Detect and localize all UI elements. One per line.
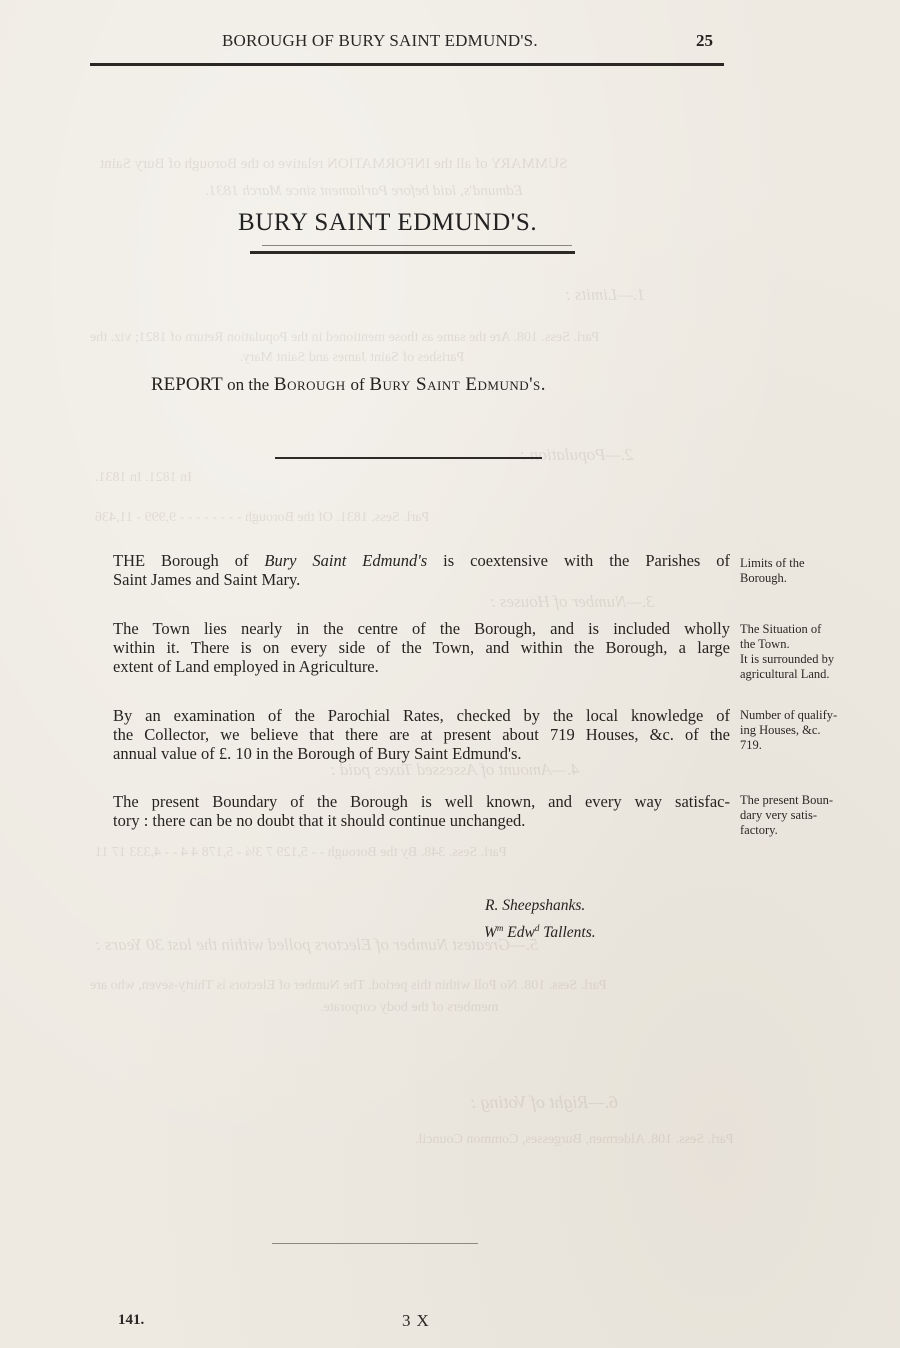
report-heading: REPORT on the Borough of Bury Saint Edmu…	[151, 374, 546, 396]
signature-tallents: Wm Edwd Tallents.	[484, 923, 596, 942]
show-through-line: Parl. Sess. 108. No Poll within this per…	[90, 978, 607, 994]
footer-rule	[272, 1243, 478, 1244]
paragraph-line: THE Borough of Bury Saint Edmund's is co…	[113, 551, 730, 570]
show-through-line: 5.—Greatest Number of Electors polled wi…	[95, 935, 538, 955]
paragraph-boundary: The present Boundary of the Borough is w…	[113, 792, 730, 830]
section-rule	[275, 457, 542, 459]
margin-note-boundary: The present Boun- dary very satis- facto…	[740, 793, 870, 838]
paragraph-line: tory : there can be no doubt that it sho…	[113, 811, 730, 830]
margin-note-situation: The Situation of the Town. It is surroun…	[740, 622, 870, 682]
paragraph-line: within it. There is on every side of the…	[113, 638, 730, 657]
signature-sheepshanks: R. Sheepshanks.	[485, 897, 585, 915]
paragraph-limits: THE Borough of Bury Saint Edmund's is co…	[113, 551, 730, 589]
show-through-line: 4.—Amount of Assessed Taxes paid :	[330, 760, 579, 780]
title-rule-thin	[262, 245, 572, 246]
paragraph-line: The present Boundary of the Borough is w…	[113, 792, 730, 811]
report-word: REPORT	[151, 374, 222, 395]
report-of: of	[350, 375, 364, 394]
title-rule-thick	[250, 251, 575, 254]
paragraph-line: The Town lies nearly in the centre of th…	[113, 619, 730, 638]
show-through-line: Parishes of Saint James and Saint Mary.	[240, 350, 464, 366]
paragraph-line: By an examination of the Parochial Rates…	[113, 706, 730, 725]
show-through-line: Parl. Sess. 348. By the Borough - - 5,12…	[95, 845, 507, 861]
signature-mark: 3X	[402, 1311, 429, 1331]
report-place: Bury Saint Edmund's.	[369, 374, 546, 395]
show-through-line: Edmund's, laid before Parliament since M…	[205, 183, 523, 200]
show-through-line: In 1821. In 1831.	[95, 470, 192, 486]
paragraph-line: the Collector, we believe that there are…	[113, 725, 730, 744]
show-through-line: 6.—Right of Voting :	[470, 1092, 618, 1113]
margin-note-limits: Limits of the Borough.	[740, 556, 870, 586]
header-rule	[90, 63, 724, 66]
show-through-line: 3.—Number of Houses :	[490, 592, 654, 612]
paragraph-line: annual value of £. 10 in the Borough of …	[113, 744, 730, 763]
paragraph-line: extent of Land employed in Agriculture.	[113, 657, 730, 676]
show-through-line: members of the body corporate.	[320, 1000, 498, 1016]
report-connector: on the	[227, 375, 269, 394]
paragraph-qualifying-houses: By an examination of the Parochial Rates…	[113, 706, 730, 763]
margin-note-qualifying-houses: Number of qualify- ing Houses, &c. 719.	[740, 708, 870, 753]
show-through-line: 1.—Limits :	[565, 285, 645, 305]
show-through-line: SUMMARY of all the INFORMATION relative …	[100, 156, 567, 173]
page-title: BURY SAINT EDMUND'S.	[238, 209, 537, 237]
show-through-line: Parl. Sess. 108. Aldermen, Burgesses, Co…	[415, 1132, 734, 1148]
paragraph-situation: The Town lies nearly in the centre of th…	[113, 619, 730, 676]
paragraph-line: Saint James and Saint Mary.	[113, 570, 730, 589]
report-borough: Borough	[274, 374, 346, 395]
running-head: BOROUGH OF BURY SAINT EDMUND'S.	[222, 31, 538, 51]
show-through-line: Parl. Sess. 1831. Of the Borough - - - -…	[95, 510, 429, 526]
show-through-line: 2.—Population :	[520, 445, 633, 465]
document-page: SUMMARY of all the INFORMATION relative …	[0, 0, 900, 1348]
page-number: 25	[696, 31, 713, 51]
sheet-number: 141.	[118, 1312, 144, 1329]
show-through-line: Parl. Sess. 108. Are the same as those m…	[90, 330, 599, 346]
